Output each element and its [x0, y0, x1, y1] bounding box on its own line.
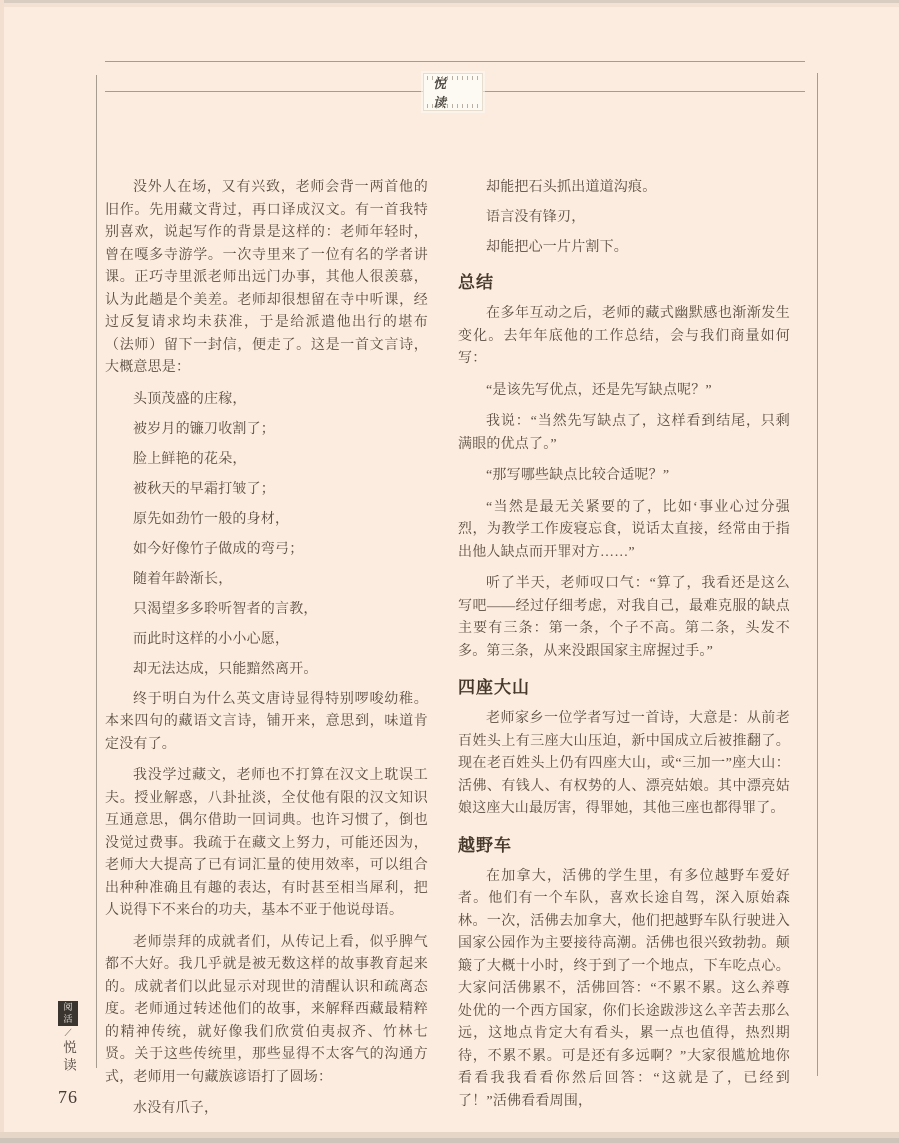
footer-slash: ∕: [66, 1027, 70, 1039]
page-edge-bottom: [0, 1138, 899, 1143]
footer-section-label: 悦读: [58, 1040, 78, 1075]
verse-line: 原先如劲竹一般的身材，: [105, 509, 428, 530]
left-column-rule: [96, 75, 97, 1068]
section-heading-offroad-car: 越野车: [458, 835, 790, 857]
header-rule-upper: [105, 61, 805, 62]
left-column: 没外人在场，又有兴致，老师会背一两首他的旧作。先用藏文背过，再口译成汉文。有一首…: [105, 177, 428, 1128]
verse-line: 脸上鲜艳的花朵，: [105, 449, 428, 470]
paragraph: “是该先写优点，还是先写缺点呢？”: [458, 380, 790, 403]
verse-line: 却无法达成，只能黯然离开。: [105, 659, 428, 680]
paragraph: 老师崇拜的成就者们，从传记上看，似乎脾气都不大好。我几乎就是被无数这样的故事教育…: [105, 932, 428, 1090]
paragraph: “那写哪些缺点比较合适呢？”: [458, 465, 790, 488]
section-heading-four-mountains: 四座大山: [458, 677, 790, 699]
paragraph: 老师家乡一位学者写过一首诗，大意是：从前老百姓头上有三座大山压迫，新中国成立后被…: [458, 708, 790, 821]
paragraph: 在加拿大，活佛的学生里，有多位越野车爱好者。他们有一个车队，喜欢长途自驾，深入原…: [458, 866, 790, 1114]
verse-line: 如今好像竹子做成的弯弓；: [105, 539, 428, 560]
paragraph: 我说：“当然先写缺点了，这样看到结尾，只剩满眼的优点了。”: [458, 411, 790, 456]
verse-line: 而此时这样的小小心愿，: [105, 629, 428, 650]
paragraph: 在多年互动之后，老师的藏式幽默感也渐渐发生变化。去年年底他的工作总结，会与我们商…: [458, 303, 790, 371]
footer-sidebar: 阅 活 ∕ 悦读 76: [52, 1001, 84, 1108]
paragraph: 我没学过藏文，老师也不打算在汉文上耽误工夫。授业解惑，八卦扯淡，全仗他有限的汉文…: [105, 765, 428, 923]
section-heading-summary: 总结: [458, 272, 790, 294]
magazine-logo: 阅 活: [58, 1001, 78, 1026]
verse-line: 被岁月的镰刀收割了；: [105, 419, 428, 440]
verse-line: 被秋天的早霜打皱了；: [105, 479, 428, 500]
paragraph: 没外人在场，又有兴致，老师会背一两首他的旧作。先用藏文背过，再口译成汉文。有一首…: [105, 177, 428, 380]
page-edge-top-light: [0, 3, 899, 7]
right-column-rule: [817, 73, 818, 1076]
verse-line: 却能把心一片片割下。: [458, 237, 790, 258]
verse-line: 水没有爪子，: [105, 1098, 428, 1119]
header-stamp: 悦 读: [423, 73, 483, 111]
verse-line: 只渴望多多聆听智者的言教，: [105, 599, 428, 620]
verse-line: 随着年龄渐长，: [105, 569, 428, 590]
verse-line: 语言没有锋刃，: [458, 207, 790, 228]
verse-line: 头顶茂盛的庄稼，: [105, 389, 428, 410]
paragraph: 听了半天，老师叹口气：“算了，我看还是这么写吧——经过仔细考虑，对我自己，最难克…: [458, 573, 790, 663]
verse-line: 却能把石头抓出道道沟痕。: [458, 177, 790, 198]
page-number: 76: [58, 1087, 78, 1108]
header-stamp-label: 悦 读: [424, 73, 482, 111]
paragraph: 终于明白为什么英文唐诗显得特别啰唆幼稚。本来四句的藏语文言诗，铺开来，意思到，味…: [105, 689, 428, 757]
right-column: 却能把石头抓出道道沟痕。 语言没有锋刃， 却能把心一片片割下。 总结 在多年互动…: [458, 177, 790, 1122]
page-edge-left: [0, 0, 4, 1143]
paragraph: “当然是最无关紧要的了，比如‘事业心过分强烈，为教学工作废寝忘食，说话太直接，经…: [458, 497, 790, 565]
